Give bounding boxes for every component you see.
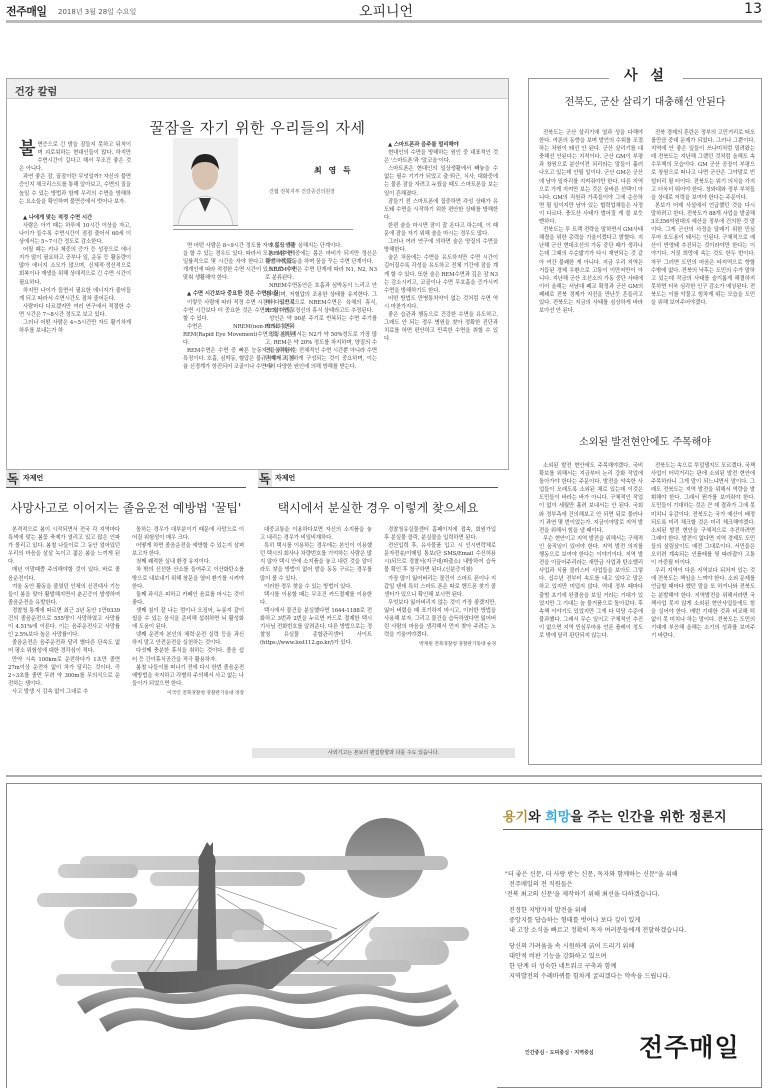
editorial-2-col-2: 전북도는 속으로 투덜댈지도 모르겠다. 국책사업이 터덕거리는 판에 소외된 …	[651, 462, 755, 640]
paragraph: 전북도는 속으로 투덜댈지도 모르겠다. 국책사업이 터덕거리는 판에 소외된 …	[651, 462, 755, 567]
contribution-notice: 사외기고는 본보의 편집방향과 다를 수도 있습니다.	[252, 748, 515, 758]
paragraph: 첫째 쾌적한 실내 환경 유지이다.	[132, 558, 244, 566]
paragraph: 소외된 발전 현안에도 주목해야겠다. 국비 확보를 위해서는 지금부터 논리 …	[539, 462, 643, 535]
paragraph: 다섯째 충분한 휴식을 취하는 것이다. 졸음 쉼터 등 간이휴식공간을 적극 …	[132, 647, 244, 663]
paragraph: 어릴 때는 키나 체중의 증가 등 성장으로 에너지가 많이 필요하고 공부나 …	[19, 246, 131, 286]
paragraph: 하지만 나이가 들면서 필요한 에너지가 줄어들게 되고 따라서 수면시간도 점…	[19, 287, 131, 303]
paragraph: 그러나 여러 연구에 의하면 술은 양질의 수면을 방해한다.	[384, 238, 498, 254]
health-column-tag: 건강 칼럼	[7, 79, 508, 99]
health-column-title: 꿀잠을 자기 위한 우리들의 자세	[7, 117, 508, 138]
author-portrait-icon	[173, 138, 238, 226]
ad-line: "더 좋은 신문, 더 사랑 받는 신문, 독자와 함께하는 신문"을 위해	[505, 870, 761, 880]
reader-col-2: 돌하는 경우가 대부분이기 때문에 사망으로 이어질 위험성이 매우 크다. 어…	[132, 526, 244, 698]
subheading: ▲ 스마트폰과 음주를 멀리해야	[384, 141, 498, 149]
paragraph: 무엇보다 잃어버리지 않는 것이 가장 좋겠지만, 잃어 버렸을 때 포기하지 …	[384, 599, 496, 639]
paragraph: 잠들기 전 스마트폰에 집중하면 각성 상태가 유도돼 수면을 시작하기 위한 …	[384, 198, 498, 222]
ad-line: 대안적 비판 기능을 강화하고 있으며	[509, 952, 761, 962]
header-initial: 독	[258, 470, 272, 487]
paragraph: 사람은 아기 때는 하루에 10시간 이상을 자고, 나이가 들수록 수면시간이…	[19, 222, 131, 246]
paragraph: 면증으로 긴 밤을 잠들지 못하고 뒤척이며 괴로워하는 현대인들이 많다. 하…	[19, 142, 131, 172]
ad-slogan: 용기와 희망을 주는 인간을 위한 정론지	[503, 806, 727, 825]
masthead-rule	[6, 20, 762, 23]
paragraph: 성인은 약 90분 주기로 반복되는 수면 주기를 가지고 있다.	[265, 315, 377, 331]
page-divider	[6, 775, 762, 777]
paragraph: 넷째 운전자 본인의 체력·운전 실력 등을 과신하지 말고 안전운전을 실천하…	[132, 631, 244, 647]
paragraph: 그러나 어떤 사람은 4~5시간만 자도 활기차게 하루를 보내는가 하	[19, 319, 131, 335]
paragraph: 차 밖의 신선한 산소를 들여주고 이산화탄소를 밖으로 내보내기 위해 창문을…	[132, 566, 244, 590]
paragraph: 봄철 나들이를 떠나기 전에 다시 한번 졸음운전 예방법을 숙지하고 각별히 …	[132, 664, 244, 688]
editorial-header: 사 설	[609, 65, 683, 85]
paragraph: 술은 처음에는 수면을 유도하지만 수면 시간이 길어질수록 각성을 유도하고 …	[384, 254, 498, 294]
paragraph: 과연 좋은 잠, 꿀잠이란 무엇일까? 자신의 불면증인지 체크리스트를 통해 …	[19, 173, 131, 205]
paragraph: 택시를 이용할 때는 무조건 카드결제를 이용한다.	[260, 591, 372, 607]
paragraph: 정상 성인에서는 N2가 약 50%정도로 가장 많고, REM은 약 20% …	[265, 331, 377, 371]
reader-opinion-header: 독 자제언	[258, 468, 498, 488]
paragraph: 본격적으로 봄이 시작되면서 전국 각 지역마다 특색에 맞는 봄꽃 축제가 열…	[8, 526, 120, 566]
header-initial: 독	[6, 470, 20, 487]
author-photo	[173, 138, 238, 226]
paragraph: 이러한 경우 찾을 수 있는 방법이 있다.	[260, 583, 372, 591]
editorial-1-col-2: 전북 경제의 혼란은 정부의 고민거리로 떠오를만큼 중대 문제가 되었다. 그…	[651, 129, 755, 307]
paragraph: 졸음운전은 음주운전과 달리 별다른 단속도 없어 평소 위험성에 대한 경각심…	[8, 639, 120, 655]
paragraph: 좋은 습관과 행동으로 건강한 수면을 유도하고, 그래도 안 되는 경우 병원…	[384, 311, 498, 343]
byline: 박재원 전북경찰청 경찰관기동대 순경	[384, 641, 496, 649]
slogan-part: 와	[528, 810, 545, 825]
page-number: 13	[744, 1, 762, 17]
paragraph: 전북 경제의 혼란은 정부의 고민거리로 떠오를만큼 중대 문제가 되었다. 그…	[651, 129, 755, 202]
paragraph: 사고 발생 시 감속 없이 그대로 추	[8, 688, 120, 696]
paragraph: 매년 이맘때쯤 주의해야할 것이 있다. 바로 졸음운전이다.	[8, 566, 120, 582]
ad-line: 진정한 지방자치 발전을 위해	[509, 906, 761, 916]
slogan-hope: 희망	[545, 810, 570, 825]
ad-line: 당신의 가려움을 속 시원하게 긁어 드리기 위해	[509, 942, 761, 952]
paragraph: 셋째 침이 잘 나는 껌이나 오징어, 누룽지 같이 씹을 수 있는 음식을 준…	[132, 607, 244, 631]
editorial-2-col-1: 소외된 발전 현안에도 주목해야겠다. 국비 확보를 위해서는 지금부터 논리 …	[539, 462, 643, 640]
issue-date: 2018년 3월 28일 수요일	[58, 7, 136, 17]
paragraph: 특히 택시를 이용하는 경우에는 본인이 이용했던 택시의 회사나 차량번호를 …	[260, 542, 372, 582]
reader-opinion-right: 독 자제언 택시에서 분실한 경우 이렇게 찾으세요 대중교통을 이용하다보면 …	[258, 468, 498, 516]
reader-col-1: 대중교통을 이용하다보면 자신의 소지품을 놓고 내리는 경우가 비일비재하다.…	[260, 526, 372, 647]
ad-line: 지역발전의 수레바퀴를 힘차게 굴리겠다는 약속을 드립니다.	[509, 972, 761, 982]
paragraph: 어떤 방법도 만병통치약이 없는 것처럼 수면 역시 마찬가지다.	[384, 295, 498, 311]
ad-line: 내 고장 소식을 빠르고 정확히 독자 여러분들에게 전달하겠습니다.	[509, 926, 761, 936]
author-name: 최 영 득	[314, 165, 353, 176]
paragraph: 한편 술을 마시면 잠이 잘 온다고 하는데, 이 때문에 잠을 자기 위해 술…	[384, 222, 498, 238]
paragraph: 둘째 과식은 피하고 카페인 음료를 마시는 것이 좋다.	[132, 591, 244, 607]
health-column: 건강 칼럼 꿀잠을 자기 위한 우리들의 자세 불면증으로 긴 밤을 잠들지 못…	[6, 78, 509, 470]
reader-opinion-title: 사망사고로 이어지는 졸음운전 예방법 '꿀팁'	[6, 499, 246, 516]
slogan-courage: 용기	[503, 810, 528, 825]
paragraph: REM수면 중에는 몸은 마비가 되지만 정신은 활발하게 활동을 하며 꿈을 …	[265, 250, 377, 266]
paragraph: 현대인의 수면을 방해하는 원인 중 대표적인 것은 '스마트폰'과 '알코올'…	[384, 149, 498, 165]
ad-paragraph: "더 좋은 신문, 더 사랑 받는 신문, 독자와 함께하는 신문"을 위해 전…	[505, 870, 761, 900]
masthead: 전주매일 2018년 3월 28일 수요일 오피니언 13	[6, 0, 762, 22]
editorial-title-2: 소외된 발전현안에도 주목해야	[529, 433, 761, 448]
paragraph: 어떻게 하면 졸음운전을 예방할 수 있는지 살펴보고자 한다.	[132, 542, 244, 558]
paragraph: 호흡도 가장 심해지는 단계이다.	[265, 242, 377, 250]
reader-opinion-left: 독 자제언 사망사고로 이어지는 졸음운전 예방법 '꿀팁' 본격적으로 봄이 …	[6, 468, 246, 516]
paragraph: 사람마다 다르겠지만 여러 연구에서 적절한 수면 시간은 7~8시간 정도로 …	[19, 303, 131, 319]
ad-line: 전주매일의 전 직원들은	[505, 880, 761, 890]
paragraph: 전북도는 투 트랙 전략을 말하면서 GM사태 해결을 위한 총력을 기울이겠다…	[539, 226, 643, 315]
ad-logo: 전주매일	[639, 1028, 740, 1064]
editorial-title-1: 전북도, 군산 살리기 대충해선 안된다	[529, 93, 761, 108]
byline: 이국인 전북경찰청 경찰관기동대 경장	[132, 690, 244, 698]
newspaper-promo-ad: 용기와 희망을 주는 인간을 위한 정론지 "더 좋은 신문, 더 사랑 받는 …	[6, 783, 762, 1088]
ad-body: "더 좋은 신문, 더 사랑 받는 신문, 독자와 함께하는 신문"을 위해 전…	[505, 870, 761, 988]
paragraph: 가장 많이 잃어버리는 물건이 스마트 폰이나 지갑일 텐데 특히 스마트 폰은…	[384, 575, 496, 599]
newspaper-logo: 전주매일	[6, 3, 47, 19]
header-label: 자제언	[23, 473, 43, 483]
sailboat-illustration-icon	[7, 784, 497, 1089]
paragraph: 만약 시속 100km로 운전하다가 1초만 졸면 27m이상 운전자 없이 차…	[8, 656, 120, 688]
editorial-box: 사 설 전북도, 군산 살리기 대충해선 안된다 전북도는 군산 살리기에 열과…	[528, 78, 762, 765]
dropcap: 불	[19, 141, 35, 158]
paragraph: 전북도는 군산 살리기에 열과 성을 다해야 한다. 여론의 동향을 보며 발언…	[539, 129, 643, 226]
paragraph: 무슨 현안이고 지역 발전을 위해서는 구체적인 움직임이 있어야 한다. 지역…	[539, 535, 643, 640]
paragraph: 택시에서 물건을 분실했다면 1644-1188로 전화하고 3번과 2번을 누…	[260, 607, 372, 647]
health-col-3: 호흡도 가장 심해지는 단계이다. REM수면 중에는 몸은 마비가 되지만 정…	[265, 242, 377, 372]
paragraph: NREM수면동안은 호흡과 심박동이 느리고 안정적이며, 저혈압의 조용한 상…	[265, 282, 377, 314]
reader-opinion-title: 택시에서 분실한 경우 이렇게 찾으세요	[258, 499, 498, 516]
editorial-1-col-1: 전북도는 군산 살리기에 열과 성을 다해야 한다. 여론의 동향을 보며 발언…	[539, 129, 643, 315]
paragraph: NREM수면은 수면 단계에 따라 N1, N2, N3로 분류된다.	[265, 266, 377, 282]
ad-paragraph: 진정한 지방자치 발전을 위해 중앙지를 답습하는 형태를 벗어나 보다 깊이 …	[505, 906, 761, 936]
paragraph: 겨울 동안 활동을 줄였던 인체의 신진대사 기능들이 봄을 맞아 활발해지면서…	[8, 583, 120, 607]
slogan-part: 을 주는 인간을 위한 정론지	[570, 810, 726, 825]
ad-motto: 인간중심 · 도덕중심 · 지역중심	[525, 1049, 594, 1056]
ad-line: '전북 최고의 신문'을 제작하기 위해 최선을 다하겠습니다.	[505, 890, 761, 900]
reader-col-2: 경찰청유실물센터 홈페이지에 접속, 회원가입 후 분실물 클릭, 분실물을 입…	[384, 526, 496, 649]
section-title: 오피니언	[336, 1, 436, 21]
paragraph: 본보가 어제 사설에서 언급했던 것을 다시 말하려고 한다. 전북도가 88개…	[651, 202, 755, 307]
health-col-4: ▲ 스마트폰과 음주를 멀리해야 현대인의 수면을 방해하는 원인 중 대표적인…	[384, 141, 498, 343]
paragraph: 우리 지역이 다른 지역보다 뒤처져 있는 것에 전북도는 책임을 느껴야 한다…	[651, 567, 755, 640]
divider	[503, 829, 763, 830]
health-column-tag-label: 건강 칼럼	[15, 83, 57, 98]
subheading: ▲ 나에게 맞는 적정 수면 시간	[19, 214, 131, 222]
ad-line: 중앙지를 답습하는 형태를 벗어나 보다 깊이 있게	[509, 916, 761, 926]
header-label: 자제언	[275, 473, 295, 483]
paragraph: 대중교통을 이용하다보면 자신의 소지품을 놓고 내리는 경우가 비일비재하다.	[260, 526, 372, 542]
reader-col-1: 본격적으로 봄이 시작되면서 전국 각 지역마다 특색에 맞는 봄꽃 축제가 열…	[8, 526, 120, 696]
ad-paragraph: 당신의 가려움을 속 시원하게 긁어 드리기 위해 대안적 비판 기능을 강화하…	[505, 942, 761, 982]
divider	[173, 229, 353, 230]
paragraph: 돌하는 경우가 대부분이기 때문에 사망으로 이어질 위험성이 매우 크다.	[132, 526, 244, 542]
paragraph: 스마트폰은 현대인의 일상생활에서 빼놓을 수 없는 필수 기기가 되었고 출·…	[384, 165, 498, 197]
paragraph: 전산입력 후, 유사물품 입고 시 인시연락체로 문자전송/이메일 통보(단 S…	[384, 542, 496, 574]
ad-line: 한 단계 더 성숙한 네트워크 구축과 함께	[509, 962, 761, 972]
paragraph: 경찰청 통계에 따르면 최근 3년 동안 1만9339건의 졸음운전으로 555…	[8, 607, 120, 639]
author-title: 건협 전북지부 건강증진의원장	[269, 188, 335, 195]
reader-opinion-header: 독 자제언	[6, 468, 246, 488]
paragraph: 경찰청유실물센터 홈페이지에 접속, 회원가입 후 분실물 클릭, 분실물을 입…	[384, 526, 496, 542]
health-col-1: 불면증으로 긴 밤을 잠들지 못하고 뒤척이며 괴로워하는 현대인들이 많다. …	[19, 141, 131, 335]
